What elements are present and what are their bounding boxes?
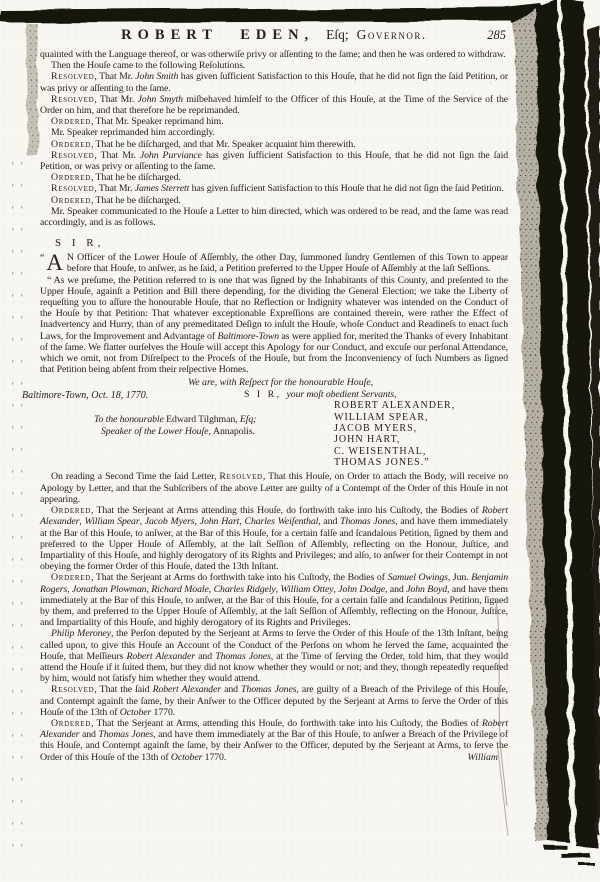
text-segment: Resolved xyxy=(51,94,94,105)
text-segment: John Smyth xyxy=(138,94,183,105)
text-segment: , That the Serjeant at Arms do forthwith… xyxy=(91,572,388,583)
text-segment: Baltimore-Town xyxy=(217,331,279,342)
paragraph: Speaker of the Lower Houſe, Annapolis. xyxy=(101,426,256,437)
text-segment: Samuel Owings xyxy=(388,572,448,583)
text-segment: Thomas Jones xyxy=(241,684,296,695)
paragraph: “ As we preſume, the Petition referred t… xyxy=(40,275,508,376)
signature-name: THOMAS JONES.” xyxy=(334,457,455,468)
paragraph: Resolved, That Mr. James Sterrett has gi… xyxy=(40,183,508,194)
running-header: ROBERT EDEN, Eſq; Governor. 285 xyxy=(40,26,508,44)
text-segment: 1770. xyxy=(151,707,175,718)
text-segment: , and xyxy=(318,516,340,527)
paragraph: Resolved, That Mr. John Smyth miſbehaved… xyxy=(40,94,508,116)
text-segment: N Officer of the Lower Houſe of Aſſembly… xyxy=(67,252,508,274)
letter-signature-block: We are, with Reſpect for the honourable … xyxy=(40,377,508,471)
text-segment: A xyxy=(44,252,67,272)
paragraph: Mr. Speaker communicated to the Houſe a … xyxy=(40,206,508,228)
text-segment: Ordered xyxy=(51,505,91,516)
left-margin-speckle xyxy=(6,150,30,860)
header-title: ROBERT EDEN, xyxy=(121,27,314,43)
text-segment: John Smith xyxy=(135,71,178,82)
text-segment: Thomas Jones xyxy=(215,651,270,662)
text-segment: , That Mr. xyxy=(94,94,137,105)
text-segment: Resolved xyxy=(51,150,94,161)
paragraph: Ordered, That the Serjeant at Arms do fo… xyxy=(40,572,508,628)
paragraph: S I R, your moſt obedient Servants, xyxy=(244,389,396,400)
text-segment: Philip Meroney xyxy=(51,628,111,639)
scanned-document-page: ROBERT EDEN, Eſq; Governor. 285 quainted… xyxy=(0,0,600,882)
text-segment: , and xyxy=(385,584,406,595)
text-segment: Charles Weiſenthal xyxy=(245,516,319,527)
letter-body: “ AN Officer of the Lower Houſe of Aſſem… xyxy=(40,252,508,375)
orders-block: On reading a Second Time the ſaid Letter… xyxy=(40,471,508,762)
resolutions-block: quainted with the Language thereof, or w… xyxy=(40,49,508,228)
paragraph: Resolved, That Mr. John Purviance has gi… xyxy=(40,150,508,172)
text-segment: 1770. xyxy=(202,752,226,763)
paragraph: Ordered, That he be diſcharged. xyxy=(40,172,508,183)
letter-address: To the honourable Edward Tilghman, Eſq;S… xyxy=(94,414,256,436)
text-segment: William Ottey xyxy=(280,584,333,595)
text-segment: Ordered xyxy=(51,139,91,150)
text-segment: To the honourable xyxy=(94,414,166,425)
catchword: William xyxy=(468,752,498,763)
text-segment: Resolved xyxy=(51,684,94,695)
text-segment: , Jun. xyxy=(448,572,471,583)
paragraph: Then the Houſe came to the following Reſ… xyxy=(40,60,508,71)
paragraph: Ordered, That Mr. Speaker reprimand him. xyxy=(40,116,508,127)
text-segment: Ordered xyxy=(51,572,91,583)
paragraph: Resolved, That the ſaid Robert Alexander… xyxy=(40,684,508,718)
signature-name: ROBERT ALEXANDER, xyxy=(334,400,455,411)
text-column: ROBERT EDEN, Eſq; Governor. 285 quainted… xyxy=(40,26,508,763)
paragraph: Mr. Speaker reprimanded him accordingly. xyxy=(40,127,508,138)
text-segment: John Purviance xyxy=(140,150,202,161)
text-segment: and xyxy=(195,651,215,662)
text-segment: Thomas Jones xyxy=(340,516,395,527)
paragraph: “ AN Officer of the Lower Houſe of Aſſem… xyxy=(40,252,508,274)
paragraph: Ordered, That the Serjeant at Arms atten… xyxy=(40,505,508,572)
text-segment: , That Mr. xyxy=(94,150,139,161)
paragraph: quainted with the Language thereof, or w… xyxy=(40,49,508,60)
text-segment: , That Mr. xyxy=(94,71,135,82)
text-segment: , That the Serjeant at Arms attending th… xyxy=(91,505,482,516)
text-segment: Annapolis. xyxy=(213,426,255,437)
signature-list: ROBERT ALEXANDER,WILLIAM SPEAR,JACOB MYE… xyxy=(334,400,455,468)
paragraph: To the honourable Edward Tilghman, Eſq; xyxy=(94,414,256,425)
paragraph: Philip Meroney, the Perſon deputed by th… xyxy=(40,628,508,684)
signature-name: JACOB MYERS, xyxy=(334,423,455,434)
text-segment: October xyxy=(120,707,151,718)
text-segment: Ordered xyxy=(51,195,91,206)
text-segment: William Spear xyxy=(85,516,140,527)
paragraph: Ordered, That he be diſcharged. xyxy=(40,195,508,206)
signature-name: JOHN HART, xyxy=(334,434,455,445)
header-governor: Governor. xyxy=(357,27,427,42)
text-segment: Jonathan Plowman xyxy=(72,584,146,595)
text-segment: , That Mr. Speaker reprimand him. xyxy=(91,116,224,127)
text-segment: James Sterrett xyxy=(135,183,190,194)
top-edge-speckle xyxy=(0,0,520,5)
text-segment: Then the Houſe came to the following Reſ… xyxy=(51,60,245,71)
signature-name: C. WEISENTHAL, xyxy=(334,446,455,457)
text-segment: Mr. Speaker communicated to the Houſe a … xyxy=(40,206,508,228)
text-segment: October xyxy=(171,752,202,763)
text-segment: Mr. Speaker reprimanded him accordingly. xyxy=(51,127,215,138)
signature-name: WILLIAM SPEAR, xyxy=(334,412,455,423)
text-segment: , That he be diſcharged. xyxy=(91,172,181,183)
letter-salutation: S I R, your moſt obedient Servants, xyxy=(244,389,396,400)
text-segment: Charles Ridgely xyxy=(214,584,276,595)
text-segment: Ordered xyxy=(51,172,91,183)
paragraph: On reading a Second Time the ſaid Letter… xyxy=(40,471,508,505)
text-segment: , That Mr. xyxy=(94,183,134,194)
text-segment: Jacob Myers xyxy=(145,516,195,527)
paragraph: Ordered, That he be diſcharged, and that… xyxy=(40,139,508,150)
text-segment: , That he be diſcharged. xyxy=(91,195,181,206)
text-segment: Resolved xyxy=(51,71,94,82)
text-segment: John Dodge xyxy=(338,584,385,595)
letter-dateline: Baltimore-Town, Oct. 18, 1770. xyxy=(22,390,148,401)
letter-closing: We are, with Reſpect for the honourable … xyxy=(188,377,373,388)
text-segment: Thomas Jones xyxy=(98,729,153,740)
paragraph: Resolved, That Mr. John Smith has given … xyxy=(40,71,508,93)
text-segment: , That the ſaid xyxy=(94,684,152,695)
text-segment: quainted with the Language thereof, or w… xyxy=(40,49,506,60)
header-esquire: Eſq; xyxy=(326,27,349,42)
text-segment: Robert Alexander xyxy=(153,684,221,695)
text-segment: Ordered xyxy=(51,718,91,729)
page-number: 285 xyxy=(487,28,506,43)
text-segment: Robert Alexander xyxy=(126,651,194,662)
text-segment: your moſt obedient Servants, xyxy=(287,389,397,400)
text-segment: Eſq; xyxy=(240,414,256,425)
text-segment: John Hart xyxy=(200,516,240,527)
text-segment: John Boyd xyxy=(406,584,447,595)
text-segment: and xyxy=(79,729,98,740)
text-segment: , That he be diſcharged, and that Mr. Sp… xyxy=(91,139,356,150)
text-segment: Speaker of the Lower Houſe, xyxy=(101,426,213,437)
text-segment: On reading a Second Time the ſaid Letter… xyxy=(51,471,219,482)
text-segment: Richard Moale xyxy=(151,584,209,595)
letter-sir-heading: S I R, xyxy=(55,237,508,249)
text-segment: Resolved xyxy=(219,471,262,482)
text-segment: and xyxy=(221,684,241,695)
text-segment: Edward Tilghman, xyxy=(166,414,240,425)
text-segment: , That the Serjeant at Arms, attending t… xyxy=(91,718,482,729)
text-segment: Resolved xyxy=(51,183,94,194)
text-segment: has given ſufficient Satisfaction to thi… xyxy=(189,183,503,194)
text-segment: S I R, xyxy=(244,389,287,400)
text-segment: Ordered xyxy=(51,116,91,127)
